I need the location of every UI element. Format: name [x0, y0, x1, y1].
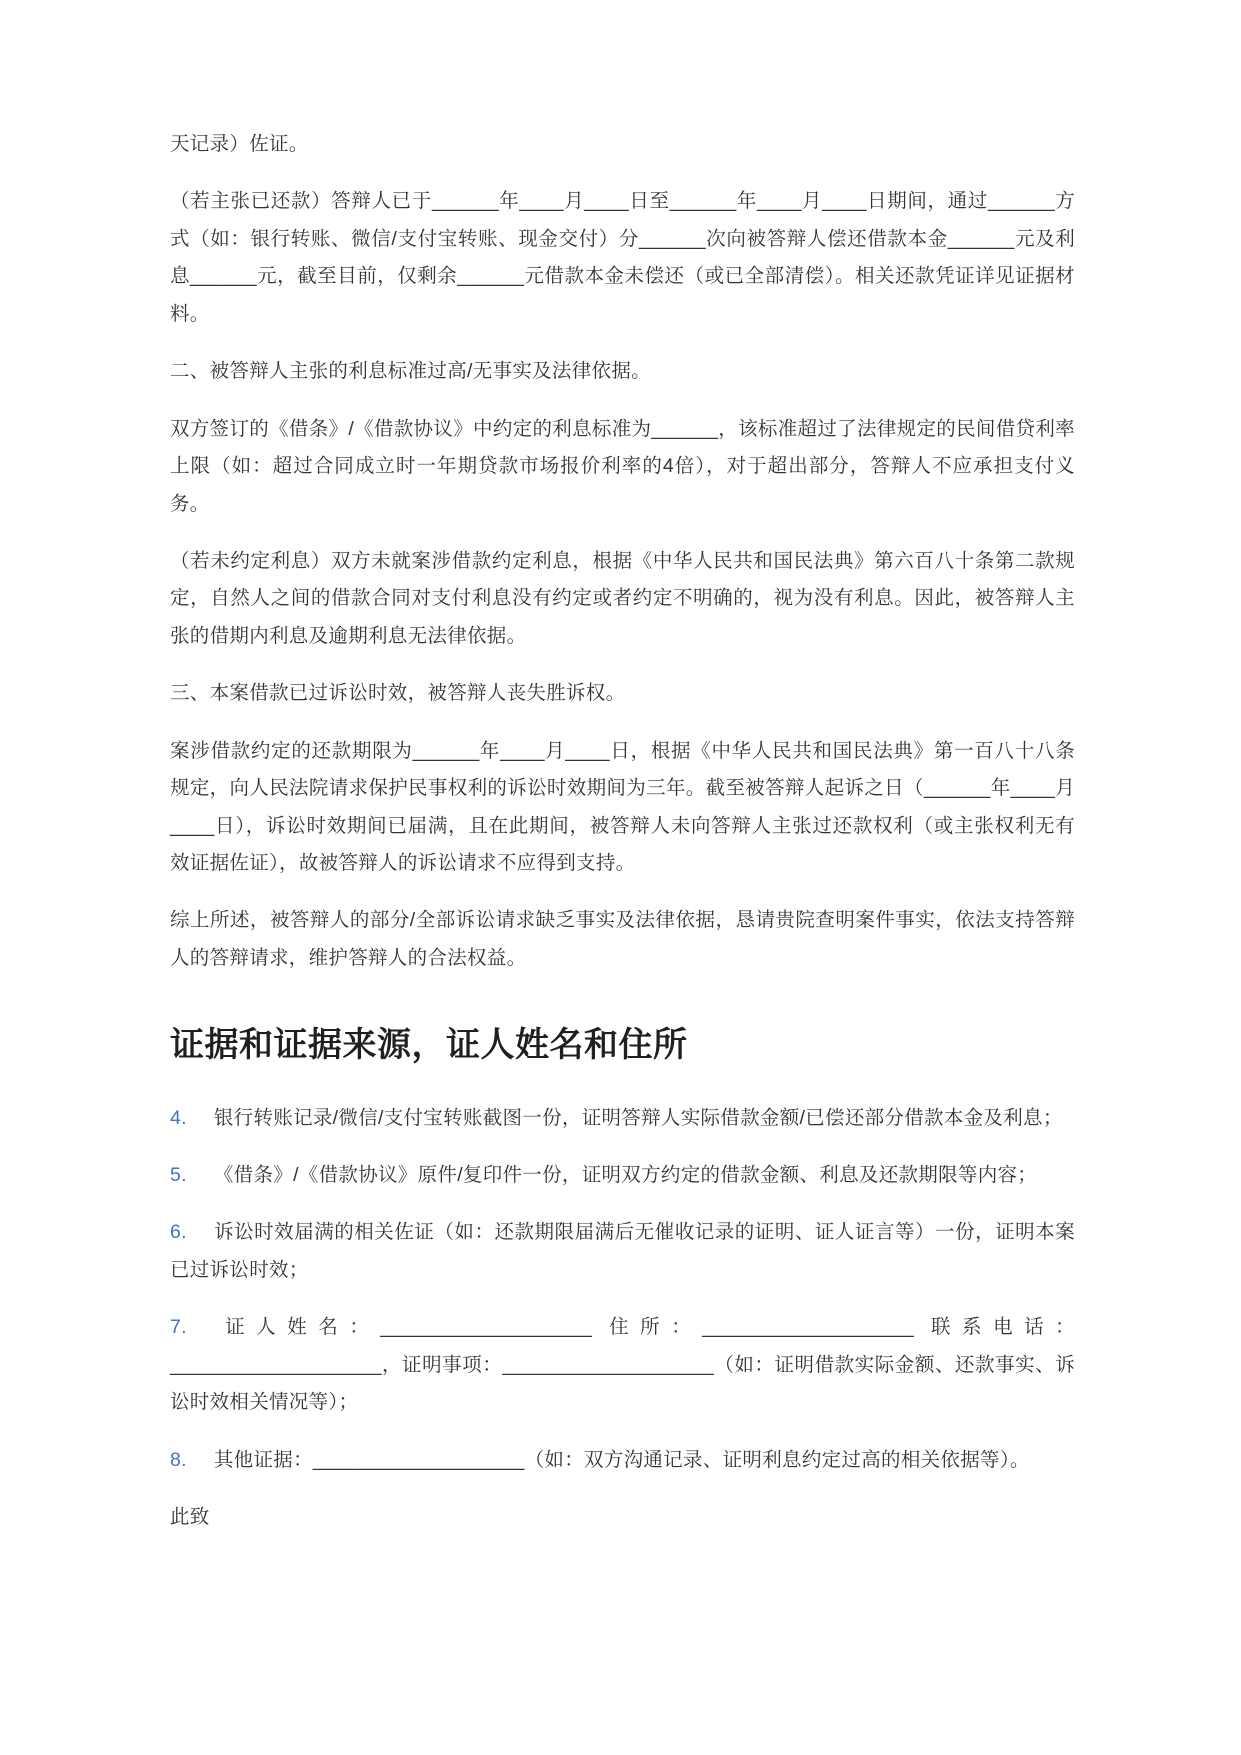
evidence-item-number: 5.: [170, 1164, 214, 1186]
evidence-item-number: 8.: [170, 1449, 214, 1471]
document-page: 天记录）佐证。 （若主张已还款）答辩人已于______年____月____日至_…: [0, 0, 1241, 1755]
evidence-item-5: 5.《借条》/《借款协议》原件/复印件一份，证明双方约定的借款金额、利息及还款期…: [170, 1157, 1075, 1194]
evidence-item-8: 8.其他证据：___________________（如：双方沟通记录、证明利息…: [170, 1442, 1075, 1479]
point-two-heading: 二、被答辩人主张的利息标准过高/无事实及法律依据。: [170, 353, 1075, 390]
point-three-heading: 三、本案借款已过诉讼时效，被答辩人丧失胜诉权。: [170, 675, 1075, 712]
evidence-item-text: 银行转账记录/微信/支付宝转账截图一份，证明答辩人实际借款金额/已偿还部分借款本…: [214, 1107, 1063, 1129]
evidence-section-heading: 证据和证据来源，证人姓名和住所: [170, 1023, 1075, 1067]
evidence-item-number: 4.: [170, 1107, 214, 1129]
evidence-item-text: 《借条》/《借款协议》原件/复印件一份，证明双方约定的借款金额、利息及还款期限等…: [214, 1164, 1037, 1186]
evidence-item-text: 证人姓名：___________________ 住所：____________…: [170, 1316, 1075, 1413]
limitation-period-paragraph: 案涉借款约定的还款期限为______年____月____日，根据《中华人民共和国…: [170, 733, 1075, 883]
interest-standard-paragraph: 双方签订的《借条》/《借款协议》中约定的利息标准为______，该标准超过了法律…: [170, 411, 1075, 523]
evidence-item-number: 7.: [170, 1316, 214, 1338]
summary-paragraph: 综上所述，被答辩人的部分/全部诉讼请求缺乏事实及法律依据，恳请贵院查明案件事实，…: [170, 902, 1075, 977]
closing-line: 此致: [170, 1499, 1075, 1536]
evidence-item-4: 4.银行转账记录/微信/支付宝转账截图一份，证明答辩人实际借款金额/已偿还部分借…: [170, 1100, 1075, 1137]
evidence-item-6: 6.诉讼时效届满的相关佐证（如：还款期限届满后无催收记录的证明、证人证言等）一份…: [170, 1214, 1075, 1289]
continued-line: 天记录）佐证。: [170, 126, 1075, 163]
repayment-claim-paragraph: （若主张已还款）答辩人已于______年____月____日至______年__…: [170, 183, 1075, 333]
evidence-item-number: 6.: [170, 1221, 214, 1243]
no-interest-agreed-paragraph: （若未约定利息）双方未就案涉借款约定利息，根据《中华人民共和国民法典》第六百八十…: [170, 543, 1075, 655]
evidence-item-7: 7.证人姓名：___________________ 住所：__________…: [170, 1309, 1075, 1421]
evidence-item-text: 其他证据：___________________（如：双方沟通记录、证明利息约定…: [214, 1449, 1030, 1471]
evidence-item-text: 诉讼时效届满的相关佐证（如：还款期限届满后无催收记录的证明、证人证言等）一份，证…: [170, 1221, 1075, 1280]
